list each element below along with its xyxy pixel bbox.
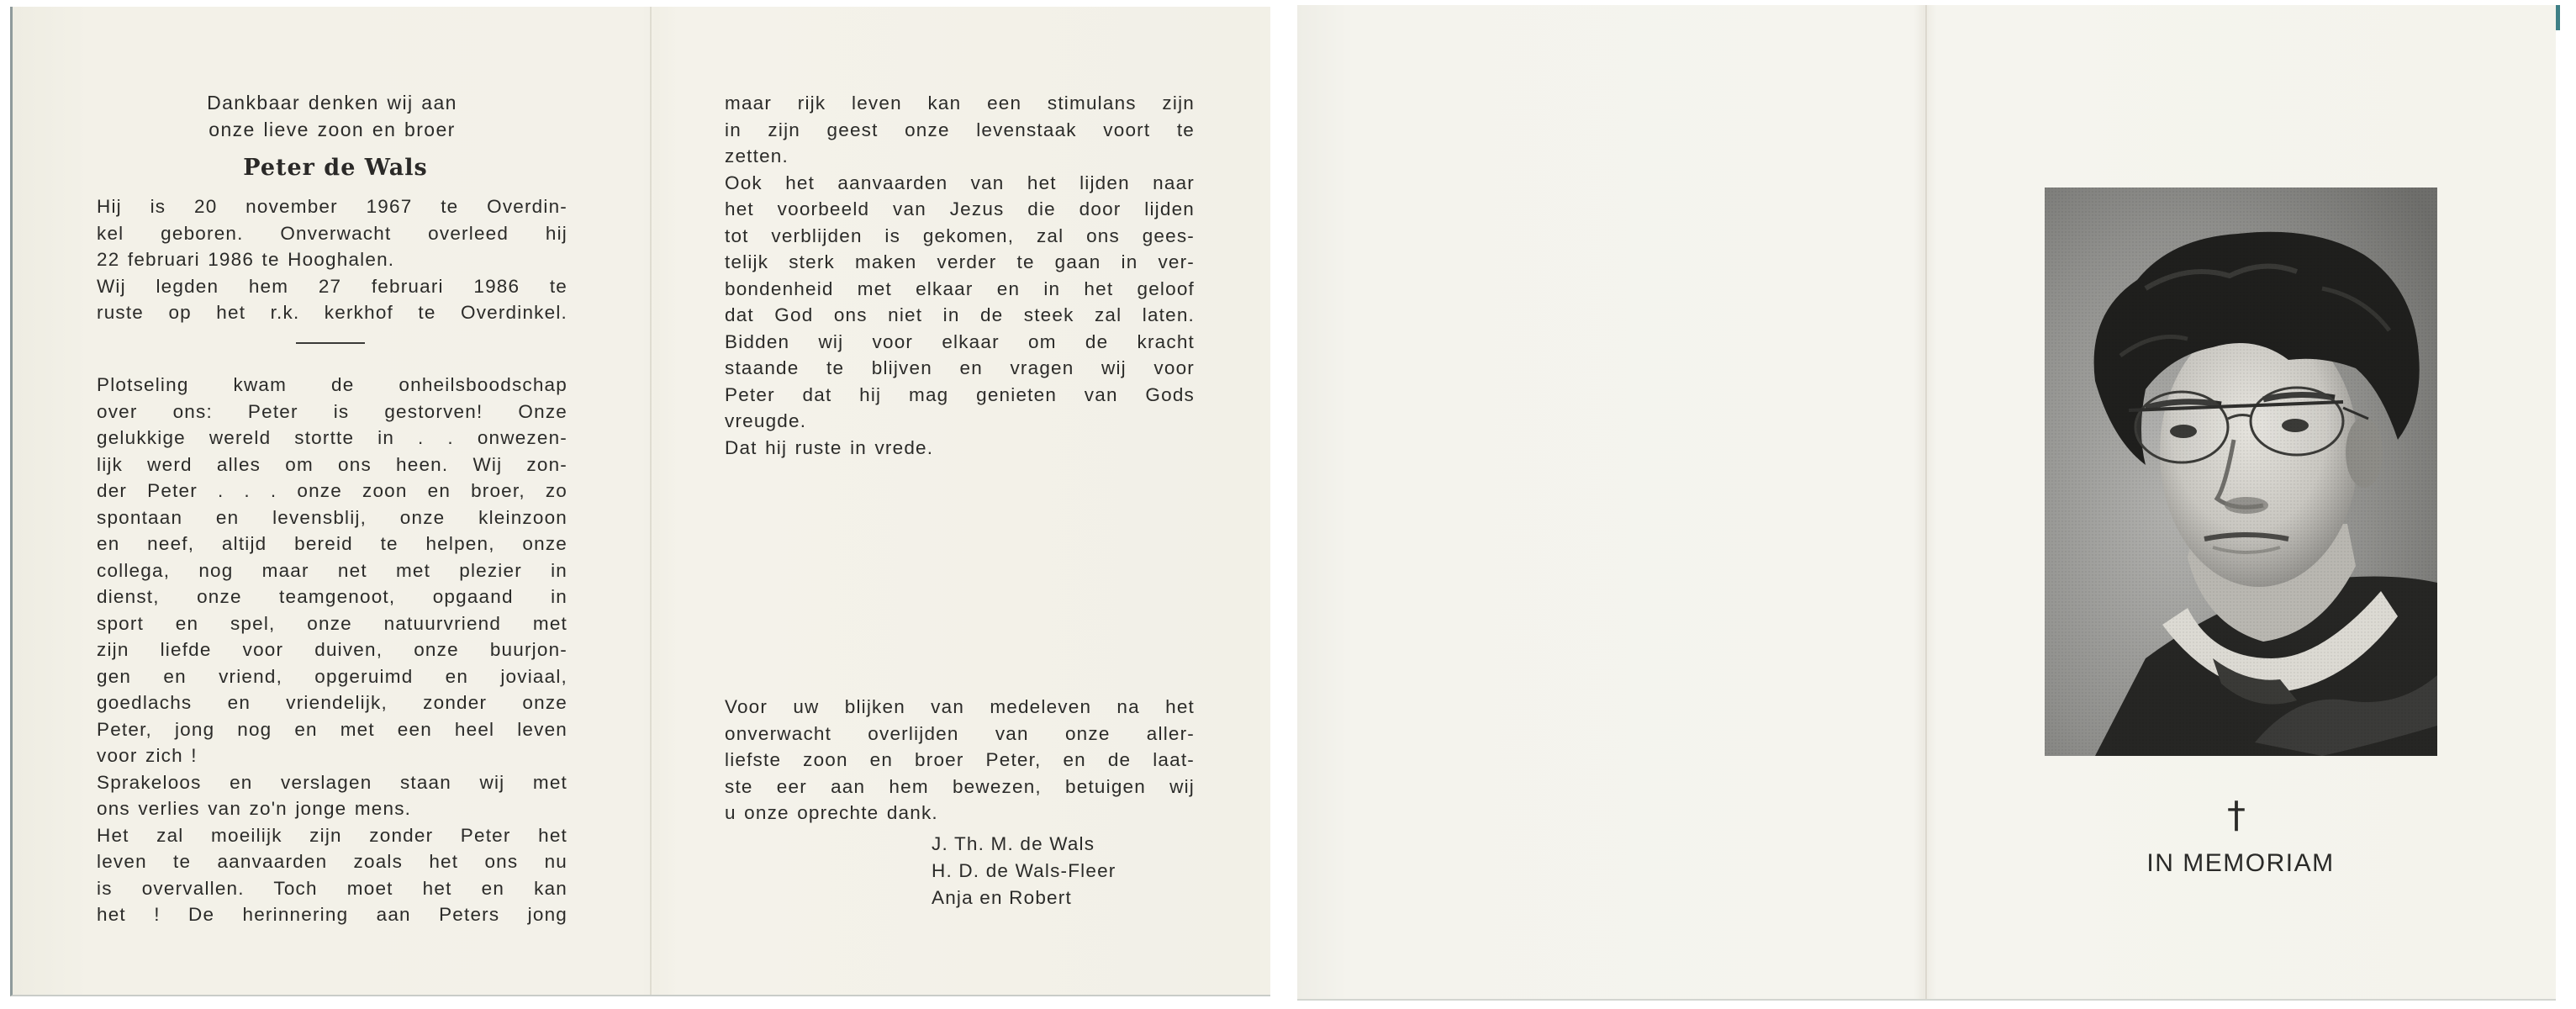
cross-icon: †: [2220, 797, 2253, 834]
text-line: Sprakeloos en verslagen staan wij met: [97, 769, 567, 796]
intro-line: onze lieve zoon en broer: [97, 117, 567, 144]
portrait-photo: [2045, 188, 2437, 756]
text-line: 22 februari 1986 te Hooghalen.: [97, 246, 567, 273]
text-line: liefste zoon en broer Peter, en de laat-: [725, 747, 1195, 774]
signature-line: H. D. de Wals-Fleer: [932, 858, 1116, 885]
text-line: voor zich !: [97, 742, 567, 769]
continuation-paragraph: maar rijk leven kan een stimulans zijnin…: [725, 90, 1195, 461]
signature-line: J. Th. M. de Wals: [932, 831, 1116, 858]
text-line: Het zal moeilijk zijn zonder Peter het: [97, 822, 567, 849]
card-fold: [1925, 5, 1927, 999]
signatures: J. Th. M. de Wals H. D. de Wals-Fleer An…: [932, 831, 1116, 911]
body-paragraph: Plotseling kwam de onheilsboodschapover …: [97, 372, 567, 928]
text-line: Plotseling kwam de onheilsboodschap: [97, 372, 567, 399]
text-line: vreugde.: [725, 408, 1195, 435]
text-line: het ! De herinnering aan Peters jong: [97, 901, 567, 928]
text-line: Voor uw blijken van medeleven na het: [725, 694, 1195, 721]
in-memoriam-caption: IN MEMORIAM: [2072, 849, 2409, 878]
text-line: het voorbeeld van Jezus die door lijden: [725, 196, 1195, 223]
deceased-name: Peter de Wals: [97, 155, 574, 181]
text-line: ruste op het r.k. kerkhof te Overdinkel.: [97, 299, 567, 326]
text-line: lijk werd alles om ons heen. Wij zon-: [97, 452, 567, 478]
text-line: kel geboren. Onverwacht overleed hij: [97, 220, 567, 247]
text-line: onverwacht overlijden van onze aller-: [725, 721, 1195, 748]
text-line: ste eer aan hem bewezen, betuigen wij: [725, 774, 1195, 800]
intro-block: Dankbaar denken wij aan onze lieve zoon …: [97, 90, 567, 143]
text-line: dat God ons niet in de steek zal laten.: [725, 302, 1195, 329]
text-line: over ons: Peter is gestorven! Onze: [97, 399, 567, 425]
text-line: telijk sterk maken verder te gaan in ver…: [725, 249, 1195, 276]
intro-line: Dankbaar denken wij aan: [97, 90, 567, 117]
text-line: collega, nog maar net met plezier in: [97, 557, 567, 584]
text-line: sport en spel, onze natuurvriend met: [97, 610, 567, 637]
text-line: en neef, altijd bereid te helpen, onze: [97, 531, 567, 557]
text-line: maar rijk leven kan een stimulans zijn: [725, 90, 1195, 117]
text-line: staande te blijven en vragen wij voor: [725, 355, 1195, 382]
text-line: Peter dat hij mag genieten van Gods: [725, 382, 1195, 409]
divider: [296, 342, 365, 344]
text-line: in zijn geest onze levenstaak voort te: [725, 117, 1195, 144]
text-line: zijn liefde voor duiven, onze buurjon-: [97, 637, 567, 663]
text-line: ons verlies van zo'n jonge mens.: [97, 795, 567, 822]
text-line: Dat hij ruste in vrede.: [725, 435, 1195, 462]
text-line: gen en vriend, opgeruimd en joviaal,: [97, 663, 567, 690]
text-line: Wij legden hem 27 februari 1986 te: [97, 273, 567, 300]
facts-paragraph: Hij is 20 november 1967 te Overdin-kel g…: [97, 193, 567, 326]
text-line: Hij is 20 november 1967 te Overdin-: [97, 193, 567, 220]
text-line: der Peter . . . onze zoon en broer, zo: [97, 478, 567, 504]
card-fold: [650, 7, 652, 995]
text-line: tot verblijden is gekomen, zal ons gees-: [725, 223, 1195, 250]
text-line: Bidden wij voor elkaar om de kracht: [725, 329, 1195, 356]
signature-line: Anja en Robert: [932, 885, 1116, 911]
text-line: spontaan en levensblij, onze kleinzoon: [97, 504, 567, 531]
text-line: u onze oprechte dank.: [725, 800, 1195, 827]
thanks-paragraph: Voor uw blijken van medeleven na hetonve…: [725, 694, 1195, 827]
text-line: leven te aanvaarden zoals het ons nu: [97, 848, 567, 875]
text-line: Peter, jong nog en met een heel leven: [97, 716, 567, 743]
text-line: gelukkige wereld stortte in . . onwezen-: [97, 425, 567, 452]
text-line: goedlachs en vriendelijk, zonder onze: [97, 689, 567, 716]
scan-edge: [2556, 5, 2560, 30]
text-line: Ook het aanvaarden van het lijden naar: [725, 170, 1195, 197]
text-line: is overvallen. Toch moet het en kan: [97, 875, 567, 902]
text-line: zetten.: [725, 143, 1195, 170]
text-line: dienst, onze teamgenoot, opgaand in: [97, 584, 567, 610]
text-line: bondenheid met elkaar en in het geloof: [725, 276, 1195, 303]
